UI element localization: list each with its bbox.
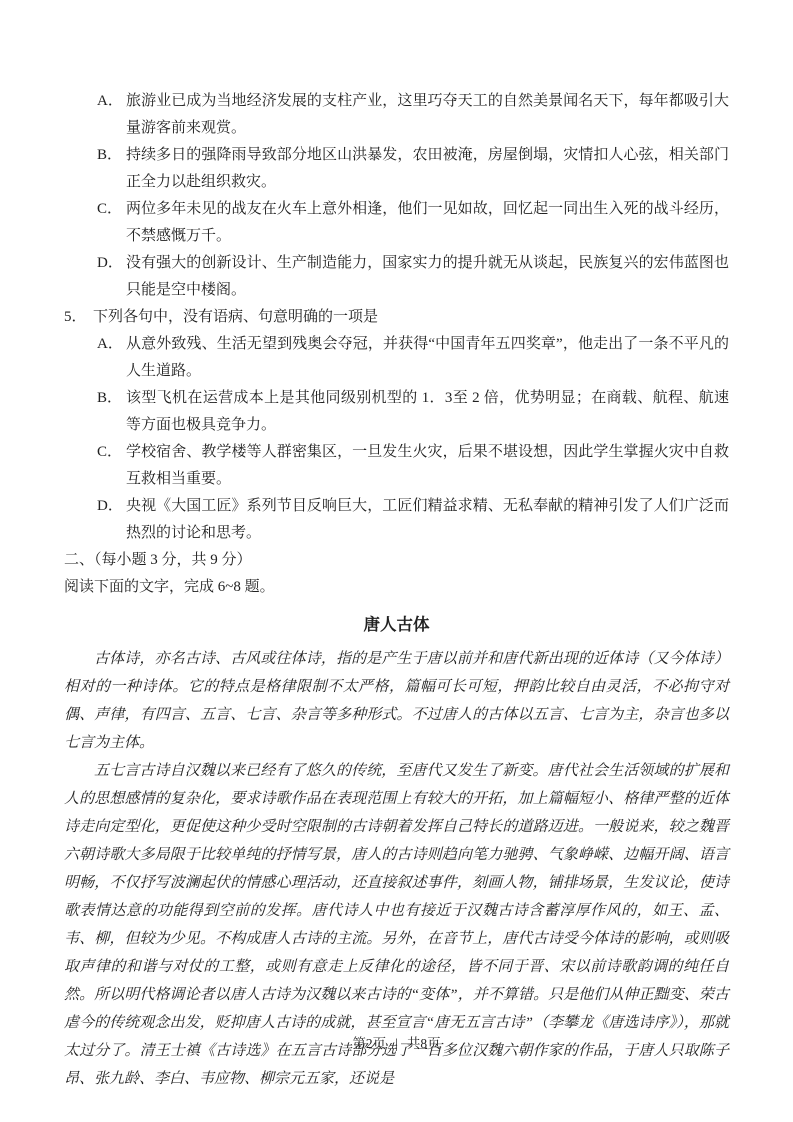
passage-title: 唐人古体 [64, 610, 729, 640]
option-letter: A． [97, 88, 126, 142]
question-stem: 5． 下列各句中，没有语病、句意明确的一项是 [64, 304, 729, 331]
reading-passage: 唐人古体 古体诗，亦名古诗、古风或往体诗，指的是产生于唐以前并和唐代新出现的近体… [64, 610, 729, 1093]
option-text: 从意外致残、生活无望到残奥会夺冠，并获得“中国青年五四奖章”，他走出了一条不平凡… [126, 331, 729, 385]
passage-paragraph: 古体诗，亦名古诗、古风或往体诗，指的是产生于唐以前并和唐代新出现的近体诗（又今体… [64, 645, 729, 757]
exam-paper-page: A． 旅游业已成为当地经济发展的支柱产业，这里巧夺天工的自然美景闻名天下，每年都… [0, 0, 793, 1122]
option-row: A． 旅游业已成为当地经济发展的支柱产业，这里巧夺天工的自然美景闻名天下，每年都… [97, 88, 729, 142]
option-row: C． 两位多年未见的战友在火车上意外相逢，他们一见如故，回忆起一同出生入死的战斗… [97, 196, 729, 250]
option-letter: D． [97, 493, 126, 547]
option-text: 旅游业已成为当地经济发展的支柱产业，这里巧夺天工的自然美景闻名天下，每年都吸引大… [126, 88, 729, 142]
option-row: D． 央视《大国工匠》系列节目反响巨大，工匠们精益求精、无私奉献的精神引发了人们… [97, 493, 729, 547]
option-row: D． 没有强大的创新设计、生产制造能力，国家实力的提升就无从谈起，民族复兴的宏伟… [97, 250, 729, 304]
question-5: 5． 下列各句中，没有语病、句意明确的一项是 A． 从意外致残、生活无望到残奥会… [64, 304, 729, 547]
option-letter: B． [97, 385, 126, 439]
question-stem-text: 下列各句中，没有语病、句意明确的一项是 [93, 304, 729, 331]
question4-options: A． 旅游业已成为当地经济发展的支柱产业，这里巧夺天工的自然美景闻名天下，每年都… [97, 88, 729, 304]
option-letter: D． [97, 250, 126, 304]
current-page-label: 第2页 [352, 1036, 386, 1051]
option-row: A． 从意外致残、生活无望到残奥会夺冠，并获得“中国青年五四奖章”，他走出了一条… [97, 331, 729, 385]
option-letter: C． [97, 439, 126, 493]
option-text: 该型飞机在运营成本上是其他同级别机型的 1．3至 2 倍，优势明显；在商载、航程… [126, 385, 729, 439]
option-letter: B． [97, 142, 126, 196]
option-text: 学校宿舍、教学楼等人群密集区，一旦发生火灾，后果不堪设想，因此学生掌握火灾中自救… [126, 439, 729, 493]
option-text: 央视《大国工匠》系列节目反响巨大，工匠们精益求精、无私奉献的精神引发了人们广泛而… [126, 493, 729, 547]
option-row: C． 学校宿舍、教学楼等人群密集区，一旦发生火灾，后果不堪设想，因此学生掌握火灾… [97, 439, 729, 493]
option-row: B． 持续多日的强降雨导致部分地区山洪暴发，农田被淹，房屋倒塌，灾情扣人心弦，相… [97, 142, 729, 196]
page-content: A． 旅游业已成为当地经济发展的支柱产业，这里巧夺天工的自然美景闻名天下，每年都… [64, 88, 729, 1093]
option-text: 持续多日的强降雨导致部分地区山洪暴发，农田被淹，房屋倒塌，灾情扣人心弦，相关部门… [126, 142, 729, 196]
option-text: 没有强大的创新设计、生产制造能力，国家实力的提升就无从谈起，民族复兴的宏伟蓝图也… [126, 250, 729, 304]
option-row: B． 该型飞机在运营成本上是其他同级别机型的 1．3至 2 倍，优势明显；在商载… [97, 385, 729, 439]
option-letter: C． [97, 196, 126, 250]
footer-separator: | [395, 1036, 398, 1051]
page-footer: 第2页|共8页 [0, 1032, 793, 1052]
reading-instruction: 阅读下面的文字，完成 6~8 题。 [64, 574, 729, 601]
total-pages-label: 共8页 [407, 1036, 441, 1051]
option-letter: A． [97, 331, 126, 385]
question5-options: A． 从意外致残、生活无望到残奥会夺冠，并获得“中国青年五四奖章”，他走出了一条… [97, 331, 729, 547]
question-number: 5． [64, 304, 93, 331]
option-text: 两位多年未见的战友在火车上意外相逢，他们一见如故，回忆起一同出生入死的战斗经历，… [126, 196, 729, 250]
section-two-heading: 二、（每小题 3 分，共 9 分） [64, 547, 729, 574]
